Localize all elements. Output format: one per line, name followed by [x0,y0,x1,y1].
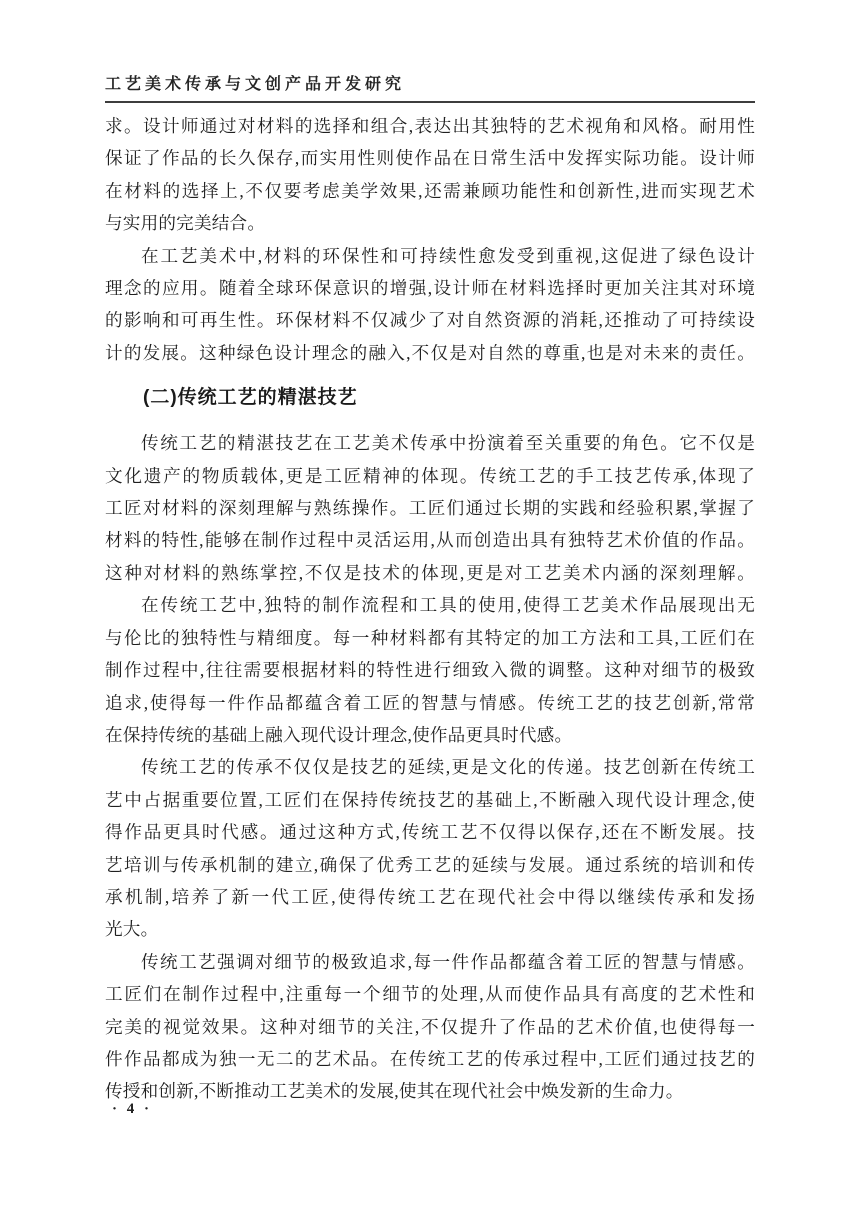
text-line: 在材料的选择上,不仅要考虑美学效果,还需兼顾功能性和创新性,进而实现艺术 [105,175,755,207]
text-line: 计的发展。这种绿色设计理念的融入,不仅是对自然的尊重,也是对未来的责任。 [105,337,755,369]
text-line: 在传统工艺中,独特的制作流程和工具的使用,使得工艺美术作品展现出无 [105,589,755,621]
text-line: 传统工艺的传承不仅仅是技艺的延续,更是文化的传递。技艺创新在传统工 [105,751,755,783]
text-line: 艺培训与传承机制的建立,确保了优秀工艺的延续与发展。通过系统的培训和传 [105,849,755,881]
text-line: 材料的特性,能够在制作过程中灵活运用,从而创造出具有独特艺术价值的作品。 [105,524,755,556]
paragraph: 在工艺美术中,材料的环保性和可持续性愈发受到重视,这促进了绿色设计理念的应用。随… [105,240,755,370]
text-line: 传统工艺强调对细节的极致追求,每一件作品都蕴含着工匠的智慧与情感。 [105,946,755,978]
text-line: 这种对材料的熟练掌控,不仅是技术的体现,更是对工艺美术内涵的深刻理解。 [105,557,755,589]
text-line: 求。设计师通过对材料的选择和组合,表达出其独特的艺术视角和风格。耐用性 [105,110,755,142]
text-line: 追求,使得每一件作品都蕴含着工匠的智慧与情感。传统工艺的技艺创新,常常 [105,687,755,719]
document-body: 求。设计师通过对材料的选择和组合,表达出其独特的艺术视角和风格。耐用性保证了作品… [105,103,755,1108]
paragraph: 传统工艺的传承不仅仅是技艺的延续,更是文化的传递。技艺创新在传统工艺中占据重要位… [105,751,755,945]
text-line: 工匠们在制作过程中,注重每一个细节的处理,从而使作品具有高度的艺术性和 [105,978,755,1010]
text-line: 在保持传统的基础上融入现代设计理念,使作品更具时代感。 [105,719,755,751]
text-line: 与实用的完美结合。 [105,207,755,239]
text-line: 保证了作品的长久保存,而实用性则使作品在日常生活中发挥实际功能。设计师 [105,142,755,174]
text-line: 传统工艺的精湛技艺在工艺美术传承中扮演着至关重要的角色。它不仅是 [105,427,755,459]
running-header: 工艺美术传承与文创产品开发研究 [105,0,755,103]
paragraph: 传统工艺的精湛技艺在工艺美术传承中扮演着至关重要的角色。它不仅是文化遗产的物质载… [105,427,755,589]
text-line: 得作品更具时代感。通过这种方式,传统工艺不仅得以保存,还在不断发展。技 [105,816,755,848]
text-line: 件作品都成为独一无二的艺术品。在传统工艺的传承过程中,工匠们通过技艺的 [105,1043,755,1075]
paragraph: 求。设计师通过对材料的选择和组合,表达出其独特的艺术视角和风格。耐用性保证了作品… [105,110,755,240]
document-page: 工艺美术传承与文创产品开发研究 求。设计师通过对材料的选择和组合,表达出其独特的… [0,0,860,1208]
section-heading: (二)传统工艺的精湛技艺 [105,383,755,413]
text-line: 在工艺美术中,材料的环保性和可持续性愈发受到重视,这促进了绿色设计 [105,240,755,272]
text-line: 制作过程中,往往需要根据材料的特性进行细致入微的调整。这种对细节的极致 [105,654,755,686]
paragraph: 在传统工艺中,独特的制作流程和工具的使用,使得工艺美术作品展现出无与伦比的独特性… [105,589,755,751]
text-line: 文化遗产的物质载体,更是工匠精神的体现。传统工艺的手工技艺传承,体现了 [105,460,755,492]
text-line: 传授和创新,不断推动工艺美术的发展,使其在现代社会中焕发新的生命力。 [105,1075,755,1107]
page-content: 工艺美术传承与文创产品开发研究 求。设计师通过对材料的选择和组合,表达出其独特的… [105,0,755,1108]
text-line: 与伦比的独特性与精细度。每一种材料都有其特定的加工方法和工具,工匠们在 [105,622,755,654]
running-header-title: 工艺美术传承与文创产品开发研究 [105,76,755,93]
text-line: 的影响和可再生性。环保材料不仅减少了对自然资源的消耗,还推动了可持续设 [105,304,755,336]
text-line: 承机制,培养了新一代工匠,使得传统工艺在现代社会中得以继续传承和发扬 [105,881,755,913]
text-line: 光大。 [105,913,755,945]
text-line: 艺中占据重要位置,工匠们在保持传统技艺的基础上,不断融入现代设计理念,使 [105,784,755,816]
paragraph: 传统工艺强调对细节的极致追求,每一件作品都蕴含着工匠的智慧与情感。工匠们在制作过… [105,946,755,1108]
text-line: 完美的视觉效果。这种对细节的关注,不仅提升了作品的艺术价值,也使得每一 [105,1011,755,1043]
page-number: · 4 · [112,1101,152,1118]
text-line: 工匠对材料的深刻理解与熟练操作。工匠们通过长期的实践和经验积累,掌握了 [105,492,755,524]
text-line: 理念的应用。随着全球环保意识的增强,设计师在材料选择时更加关注其对环境 [105,272,755,304]
